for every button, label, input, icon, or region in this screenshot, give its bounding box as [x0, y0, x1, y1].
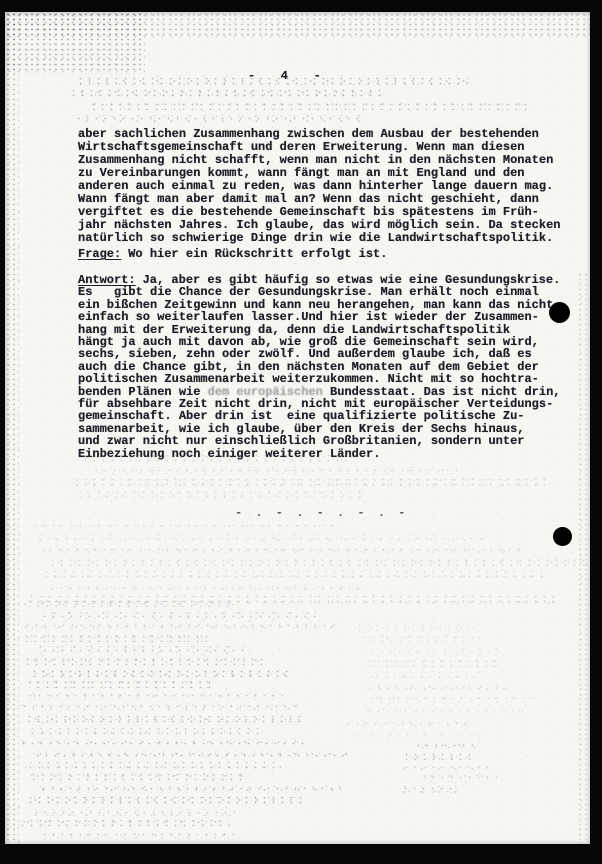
bleedthrough-line	[22, 820, 230, 827]
bleedthrough-line	[28, 521, 342, 528]
bleedthrough-line	[29, 774, 243, 781]
question-text: Wo hier ein Rückschritt erfolgt ist.	[128, 247, 387, 261]
bleedthrough-line	[43, 546, 526, 553]
bleedthrough-text-top	[65, 78, 545, 128]
text-line: natürlich so schwierige Dinge drin wie d…	[78, 232, 580, 245]
bleedthrough-text-bottom-mid	[345, 624, 515, 744]
question-label: Frage:	[78, 247, 121, 261]
bleedthrough-line	[346, 720, 470, 727]
bleedthrough-line	[79, 78, 469, 85]
bleedthrough-line	[37, 646, 244, 653]
paragraph-1: aber sachlichen Zusammenhang zwischen de…	[78, 128, 580, 245]
bleedthrough-line	[31, 751, 352, 758]
text-line: sechs, sieben, zehn oder zwölf. Und auße…	[78, 348, 580, 360]
bleedthrough-line	[36, 786, 341, 793]
scan-noise-top-edge	[5, 12, 590, 38]
bleedthrough-line	[368, 672, 483, 679]
bleedthrough-line	[423, 775, 498, 782]
bleedthrough-line	[27, 716, 306, 723]
bleedthrough-line	[25, 762, 282, 769]
question-line: Frage:Wo hier ein Rückschritt erfolgt is…	[78, 248, 580, 261]
bleedthrough-line	[20, 704, 299, 711]
bleedthrough-line	[21, 739, 305, 746]
bleedthrough-line	[32, 670, 292, 677]
bleedthrough-line	[51, 584, 364, 591]
bleedthrough-line	[31, 728, 261, 735]
bleedthrough-line	[22, 635, 209, 642]
bleedthrough-line	[94, 467, 458, 474]
bleedthrough-line	[41, 832, 240, 839]
bleedthrough-line	[370, 696, 534, 703]
body-text: aber sachlichen Zusammenhang zwischen de…	[78, 128, 580, 460]
bleedthrough-line	[48, 559, 585, 566]
bleedthrough-line	[368, 648, 499, 655]
bleedthrough-line	[38, 534, 488, 541]
bleedthrough-text-bottom-left	[17, 600, 342, 843]
bleedthrough-line	[44, 571, 543, 578]
bleedthrough-text-bottom-right	[398, 742, 490, 797]
hole-punch-dot-bottom	[553, 527, 572, 546]
bleedthrough-line	[29, 681, 213, 688]
bleedthrough-line	[33, 809, 234, 816]
bleedthrough-text-middle	[70, 455, 560, 503]
text-line: gemeinschaft. Aber drin ist eine qualifi…	[78, 410, 580, 422]
bleedthrough-line	[412, 742, 475, 749]
bleedthrough-line	[403, 764, 489, 771]
bleedthrough-line	[367, 660, 497, 667]
bleedthrough-line	[365, 684, 510, 691]
bleedthrough-line	[76, 479, 552, 486]
bleedthrough-line	[74, 115, 363, 122]
text-line: Es gibt die Chance der Gesundungskrise. …	[78, 286, 580, 298]
answer-paragraph: Antwort:Ja, aber es gibt häufig so etwas…	[78, 274, 580, 460]
bleedthrough-line	[403, 786, 458, 793]
bleedthrough-line	[87, 103, 535, 110]
separator-marks: - . - . - . - . -	[235, 506, 408, 520]
bleedthrough-line	[354, 624, 474, 631]
bleedthrough-line	[25, 693, 286, 700]
text-line: einfach so weiterlaufen lasser.Und hier …	[78, 311, 580, 323]
bleedthrough-line	[72, 90, 385, 97]
text-line: und zwar nicht nur einschließlich Großbr…	[78, 435, 580, 447]
scan-background: - 4 - aber sachlichen Zusammenhang zwisc…	[0, 0, 602, 864]
scan-noise-top-left-corner	[5, 12, 145, 74]
bleedthrough-line	[85, 455, 355, 462]
bleedthrough-text-wide	[27, 521, 567, 609]
document-page: - 4 - aber sachlichen Zusammenhang zwisc…	[5, 12, 590, 844]
bleedthrough-line	[363, 708, 530, 715]
bleedthrough-line	[28, 797, 303, 804]
hole-punch-dot-top	[549, 302, 570, 323]
bleedthrough-line	[40, 612, 322, 619]
bleedthrough-line	[25, 658, 264, 665]
answer-lines: Es gibt die Chance der Gesundungskrise. …	[78, 286, 580, 460]
bleedthrough-line	[364, 636, 472, 643]
bleedthrough-line	[350, 732, 482, 739]
bleedthrough-line	[23, 600, 236, 607]
bleedthrough-line	[405, 753, 473, 760]
bleedthrough-line	[77, 491, 366, 498]
bleedthrough-line	[21, 623, 337, 630]
